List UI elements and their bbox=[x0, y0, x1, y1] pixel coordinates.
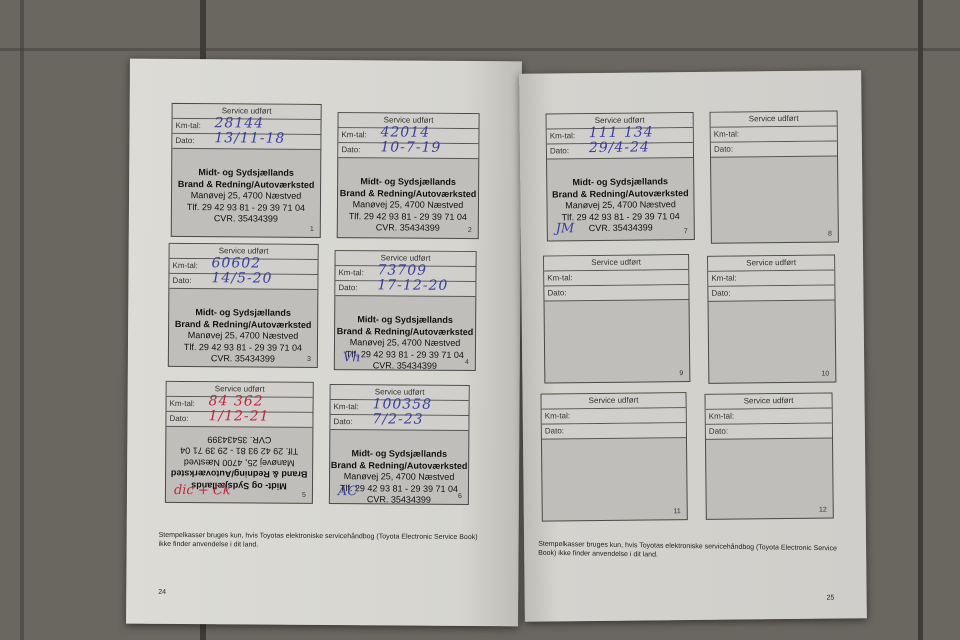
date-value: 29/4-24 bbox=[589, 140, 650, 155]
signature: dic + Ck bbox=[174, 483, 231, 498]
km-value: 60602 bbox=[212, 256, 262, 270]
page-number: 25 bbox=[827, 595, 835, 602]
signature: AC bbox=[338, 484, 357, 499]
stamp-line: Brand & Redning/Autoværksted bbox=[335, 326, 475, 338]
page-number: 24 bbox=[158, 589, 166, 596]
box-number: 12 bbox=[819, 507, 827, 514]
date-row: Dato: bbox=[542, 423, 686, 440]
box-number: 4 bbox=[465, 359, 469, 366]
date-label: Dato: bbox=[711, 289, 730, 298]
date-value: 1/12-21 bbox=[208, 409, 269, 423]
km-value: 100358 bbox=[373, 397, 433, 411]
stamp-line: Manøvej 25, 4700 Næstved bbox=[169, 330, 317, 343]
service-box: Service udførtKm-tal:42014Dato:10-7-19Mi… bbox=[337, 112, 480, 239]
km-value: 84 362 bbox=[209, 394, 264, 408]
box-header: Service udført bbox=[706, 394, 832, 410]
box-number: 6 bbox=[458, 493, 462, 500]
km-value: 28144 bbox=[214, 116, 264, 130]
box-number: 8 bbox=[828, 231, 832, 238]
date-label: Dato: bbox=[175, 136, 194, 145]
km-label: Km-tal: bbox=[545, 411, 570, 420]
stamp-line: Midt- og Sydsjællands bbox=[172, 167, 320, 180]
date-row: Dato:29/4-24 bbox=[547, 143, 693, 160]
km-value: 42014 bbox=[380, 125, 430, 139]
box-number: 10 bbox=[821, 371, 829, 378]
stamp-line: Tlf. 29 42 93 81 - 29 39 71 04 bbox=[172, 201, 320, 214]
left-page: Service udførtKm-tal:28144Dato:13/11-18M… bbox=[126, 59, 522, 627]
stamp-line: Manøvej 25, 4700 Næstved bbox=[172, 190, 320, 203]
stamp-line: Brand & Redning/Autoværksted bbox=[330, 460, 468, 472]
stamp-line: CVR. 35434399 bbox=[166, 433, 312, 446]
service-box: Service udførtKm-tal:Dato:10 bbox=[707, 255, 836, 384]
footnote: Stempelkasser bruges kun, hvis Toyotas e… bbox=[159, 531, 489, 551]
stamp-line: Midt- og Sydsjællands bbox=[169, 307, 317, 320]
km-row: Km-tal: bbox=[708, 271, 834, 287]
service-box: Service udførtKm-tal:100358Dato:7/2-23Mi… bbox=[329, 384, 470, 505]
stamp-line: Brand & Redning/Autoværksted bbox=[169, 318, 317, 331]
box-number: 11 bbox=[673, 508, 680, 515]
service-box: Service udførtKm-tal:Dato:11 bbox=[540, 392, 687, 522]
box-number: 1 bbox=[310, 226, 314, 233]
km-label: Km-tal: bbox=[711, 274, 736, 283]
km-row: Km-tal: bbox=[544, 270, 688, 287]
km-label: Km-tal: bbox=[170, 399, 195, 408]
signature: JM bbox=[556, 221, 575, 236]
service-box: Service udførtKm-tal:111 134Dato:29/4-24… bbox=[546, 112, 695, 242]
box-header: Service udført bbox=[708, 256, 834, 272]
right-page: Service udførtKm-tal:111 134Dato:29/4-24… bbox=[519, 70, 867, 622]
stamp-line: Brand & Redning/Autoværksted bbox=[338, 188, 478, 200]
workshop-stamp: Midt- og SydsjællandsBrand & Redning/Aut… bbox=[169, 307, 317, 366]
km-row: Km-tal: bbox=[711, 126, 837, 142]
service-box: Service udførtKm-tal:Dato:8 bbox=[710, 110, 839, 243]
date-row: Dato: bbox=[711, 141, 837, 157]
date-value: 7/2-23 bbox=[372, 412, 423, 426]
km-value: 111 134 bbox=[589, 125, 654, 140]
date-label: Dato: bbox=[547, 288, 566, 297]
box-number: 9 bbox=[679, 370, 683, 377]
floor-groove bbox=[918, 0, 923, 640]
stamp-line: Tlf. 29 42 93 81 - 29 39 71 04 bbox=[166, 444, 312, 457]
service-box: Service udførtKm-tal:84 362Dato:1/12-21M… bbox=[165, 381, 314, 504]
stamp-line: Tlf. 29 42 93 81 - 29 39 71 04 bbox=[169, 341, 317, 354]
km-label: Km-tal: bbox=[714, 130, 739, 139]
date-row: Dato:17-12-20 bbox=[335, 281, 475, 297]
box-number: 2 bbox=[468, 227, 472, 234]
stamp-line: Brand & Redning/Autoværksted bbox=[172, 178, 320, 191]
km-row: Km-tal: bbox=[706, 409, 832, 425]
service-box: Service udførtKm-tal:Dato:9 bbox=[543, 254, 690, 384]
footnote: Stempelkasser bruges kun, hvis Toyotas e… bbox=[538, 540, 838, 563]
service-box: Service udførtKm-tal:28144Dato:13/11-18M… bbox=[171, 103, 322, 238]
km-label: Km-tal: bbox=[547, 273, 572, 282]
stamp-line: CVR. 35434399 bbox=[172, 213, 320, 226]
box-number: 5 bbox=[302, 492, 306, 499]
date-value: 13/11-18 bbox=[214, 131, 285, 145]
stamp-line: Brand & Redning/Autoværksted bbox=[166, 467, 312, 480]
date-label: Dato: bbox=[550, 146, 569, 155]
stamp-line: Manøvej 25, 4700 Næstved bbox=[166, 456, 312, 469]
date-row: Dato: bbox=[544, 285, 688, 302]
service-box: Service udførtKm-tal:73709Dato:17-12-20M… bbox=[334, 250, 477, 371]
stamp-line: Midt- og Sydsjællands bbox=[330, 448, 468, 460]
date-row: Dato:14/5-20 bbox=[169, 274, 317, 290]
floor-groove bbox=[0, 48, 960, 51]
date-row: Dato:1/12-21 bbox=[166, 412, 312, 428]
box-number: 7 bbox=[684, 228, 688, 235]
service-box: Service udførtKm-tal:Dato:12 bbox=[705, 393, 834, 520]
date-label: Dato: bbox=[545, 426, 564, 435]
stamp-line: CVR. 35434399 bbox=[338, 222, 478, 234]
date-label: Dato: bbox=[172, 276, 191, 285]
km-label: Km-tal: bbox=[175, 121, 200, 130]
date-label: Dato: bbox=[338, 283, 357, 292]
date-row: Dato: bbox=[708, 286, 834, 302]
date-value: 17-12-20 bbox=[377, 278, 448, 292]
signature: Vh bbox=[343, 350, 361, 365]
stamp-line: Manøvej 25, 4700 Næstved bbox=[335, 337, 475, 349]
workshop-stamp: Midt- og SydsjællandsBrand & Redning/Aut… bbox=[338, 176, 478, 234]
stamp-line: Manøvej 25, 4700 Næstved bbox=[338, 199, 478, 211]
date-value: 14/5-20 bbox=[211, 271, 272, 285]
stamp-line: CVR. 35434399 bbox=[169, 353, 317, 366]
service-box: Service udførtKm-tal:60602Dato:14/5-20Mi… bbox=[168, 243, 319, 368]
date-row: Dato:10-7-19 bbox=[338, 143, 478, 159]
stamp-line: Manøvej 25, 4700 Næstved bbox=[547, 199, 693, 212]
km-row: Km-tal: bbox=[542, 408, 686, 425]
box-number: 3 bbox=[307, 356, 311, 363]
stamp-line: Manøvej 25, 4700 Næstved bbox=[330, 471, 468, 483]
stamp-line: Midt- og Sydsjællands bbox=[335, 314, 475, 326]
workshop-stamp: Midt- og SydsjællandsBrand & Redning/Aut… bbox=[172, 167, 320, 226]
stamp-line: Tlf. 29 42 93 81 - 29 39 71 04 bbox=[338, 211, 478, 223]
date-row: Dato: bbox=[706, 424, 832, 440]
km-label: Km-tal: bbox=[341, 130, 366, 139]
stamp-line: Midt- og Sydsjællands bbox=[338, 176, 478, 188]
box-header: Service udført bbox=[542, 393, 686, 410]
km-label: Km-tal: bbox=[334, 402, 359, 411]
date-label: Dato: bbox=[341, 145, 360, 154]
date-label: Dato: bbox=[709, 427, 728, 436]
km-label: Km-tal: bbox=[338, 268, 363, 277]
km-label: Km-tal: bbox=[709, 412, 734, 421]
date-row: Dato:7/2-23 bbox=[330, 415, 468, 431]
km-label: Km-tal: bbox=[173, 261, 198, 270]
box-header: Service udført bbox=[711, 111, 837, 127]
date-value: 10-7-19 bbox=[380, 140, 441, 154]
date-row: Dato:13/11-18 bbox=[172, 134, 320, 150]
date-label: Dato: bbox=[714, 145, 733, 154]
date-label: Dato: bbox=[169, 414, 188, 423]
date-label: Dato: bbox=[333, 417, 352, 426]
km-label: Km-tal: bbox=[550, 131, 575, 140]
km-value: 73709 bbox=[377, 263, 427, 277]
box-header: Service udført bbox=[544, 255, 688, 272]
